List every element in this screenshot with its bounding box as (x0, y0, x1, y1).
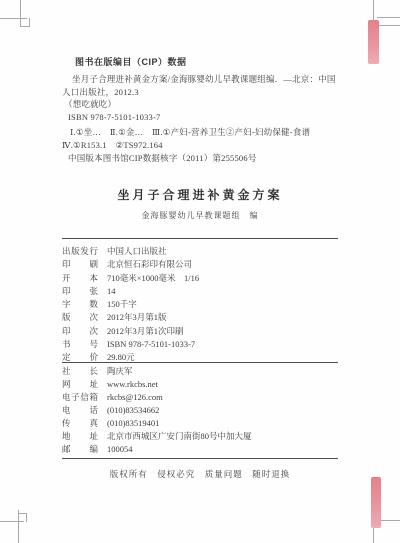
postal-code: 100054 (107, 444, 133, 454)
row-label: 版次 (62, 311, 98, 324)
table-row: 传真(010)83519401 (62, 417, 252, 430)
table-row: 网址www.rkcbs.net (62, 378, 252, 391)
fax-number: (010)83519401 (107, 418, 159, 428)
publication-info-table: 出版发行中国人口出版社 印刷北京恒石彩印有限公司 开本710毫米×1000毫米 … (62, 245, 199, 365)
red-edge-tab-bottom (371, 477, 381, 528)
row-value: 2012年3月第1次印刷 (107, 326, 184, 336)
row-label: 印刷 (62, 258, 98, 271)
row-value: 北京恒石彩印有限公司 (107, 259, 192, 269)
row-value: ISBN 978-7-5101-1033-7 (107, 339, 195, 349)
crop-mark-top-right-h (377, 17, 400, 18)
postal-address: 北京市西城区广安门南街80号中加大厦 (107, 431, 252, 441)
cip-classification-line: Ⅰ.①坐… Ⅱ.①金… Ⅲ.①产妇-营养卫生②产妇-妇幼保健-食谱 (62, 126, 347, 139)
cip-classification-line: Ⅳ.①R153.1 ②TS972.164 (62, 139, 347, 152)
table-row: 电子信箱rkcbs@126.com (62, 391, 252, 404)
editor-credit: 金海豚婴幼儿早教课题组 编 (0, 210, 400, 221)
crop-mark-top-right-inner-h (379, 25, 400, 26)
table-row: 电话(010)83534662 (62, 404, 252, 417)
contact-info-table: 社长陶庆军 网址www.rkcbs.net 电子信箱rkcbs@126.com … (62, 365, 252, 456)
crop-mark-bottom-left-inner-h (18, 513, 27, 514)
crop-mark-top-left-h (0, 18, 27, 19)
cip-isbn-line: ISBN 978-7-5101-1033-7 (62, 111, 347, 124)
row-value: 中国人口出版社 (107, 246, 167, 256)
table-row: 定价29.80元 (62, 351, 199, 364)
row-label: 定价 (62, 351, 98, 364)
crop-mark-top-left-v (20, 0, 21, 26)
copyright-notice: 版权所有 侵权必究 质量问题 随时退换 (0, 468, 400, 480)
row-label: 书号 (62, 338, 98, 351)
crop-mark-bottom-left-v (18, 510, 19, 543)
table-row: 出版发行中国人口出版社 (62, 245, 199, 258)
table-row: 印张14 (62, 285, 199, 298)
row-label: 地址 (62, 430, 98, 443)
row-label: 邮编 (62, 443, 98, 456)
row-value: 陶庆军 (107, 366, 133, 376)
row-value: 710毫米×1000毫米 1/16 (107, 273, 199, 283)
cip-data-block: 图书在版编目（CIP）数据 坐月子合理进补黄金方案/金海豚婴幼儿早教课题组编．—… (62, 55, 347, 164)
row-label: 字数 (62, 298, 98, 311)
email-address: rkcbs@126.com (107, 392, 163, 402)
crop-mark-bottom-left-inner-v (26, 514, 27, 522)
table-row: 地址北京市西城区广安门南街80号中加大厦 (62, 430, 252, 443)
row-label: 印次 (62, 325, 98, 338)
copyright-page: 图书在版编目（CIP）数据 坐月子合理进补黄金方案/金海豚婴幼儿早教课题组编．—… (0, 0, 400, 543)
cip-heading: 图书在版编目（CIP）数据 (75, 55, 347, 68)
row-label: 开本 (62, 272, 98, 285)
table-row: 书号ISBN 978-7-5101-1033-7 (62, 338, 199, 351)
website-url: www.rkcbs.net (107, 379, 158, 389)
table-row: 邮编100054 (62, 443, 252, 456)
row-label: 电话 (62, 404, 98, 417)
row-label: 出版发行 (62, 245, 98, 258)
row-label: 网址 (62, 378, 98, 391)
row-value: 2012年3月第1版 (107, 312, 167, 322)
table-row: 版次2012年3月第1版 (62, 311, 199, 324)
table-row: 社长陶庆军 (62, 365, 252, 378)
book-title: 坐月子合理进补黄金方案 (0, 186, 400, 203)
title-block: 坐月子合理进补黄金方案 金海豚婴幼儿早教课题组 编 (0, 186, 400, 221)
row-label: 传真 (62, 417, 98, 430)
red-edge-tab-top (368, 20, 379, 64)
row-value: 14 (107, 286, 116, 296)
cip-record-number-line: 中国版本图书馆CIP数据核字（2011）第255506号 (62, 152, 347, 165)
row-label: 印张 (62, 285, 98, 298)
table-row: 印次2012年3月第1次印刷 (62, 325, 199, 338)
cip-line: 人口出版社，2012.3 (62, 86, 347, 99)
table-row: 开本710毫米×1000毫米 1/16 (62, 272, 199, 285)
divider-rule-top (62, 238, 338, 239)
crop-mark-bottom-left-h (0, 521, 24, 522)
row-value: 150千字 (107, 299, 137, 309)
cip-line: 坐月子合理进补黄金方案/金海豚婴幼儿早教课题组编．—北京：中国 (62, 73, 347, 86)
table-row: 字数150千字 (62, 298, 199, 311)
row-label: 社长 (62, 365, 98, 378)
phone-number: (010)83534662 (107, 405, 159, 415)
row-value: 29.80元 (107, 352, 135, 362)
cip-series-line: （想吃就吃） (62, 98, 347, 111)
crop-mark-top-left-inner-h (20, 26, 30, 27)
row-label: 电子信箱 (62, 391, 98, 404)
table-row: 印刷北京恒石彩印有限公司 (62, 258, 199, 271)
divider-rule-bottom (62, 458, 338, 459)
crop-mark-bottom-right-h (378, 520, 400, 521)
